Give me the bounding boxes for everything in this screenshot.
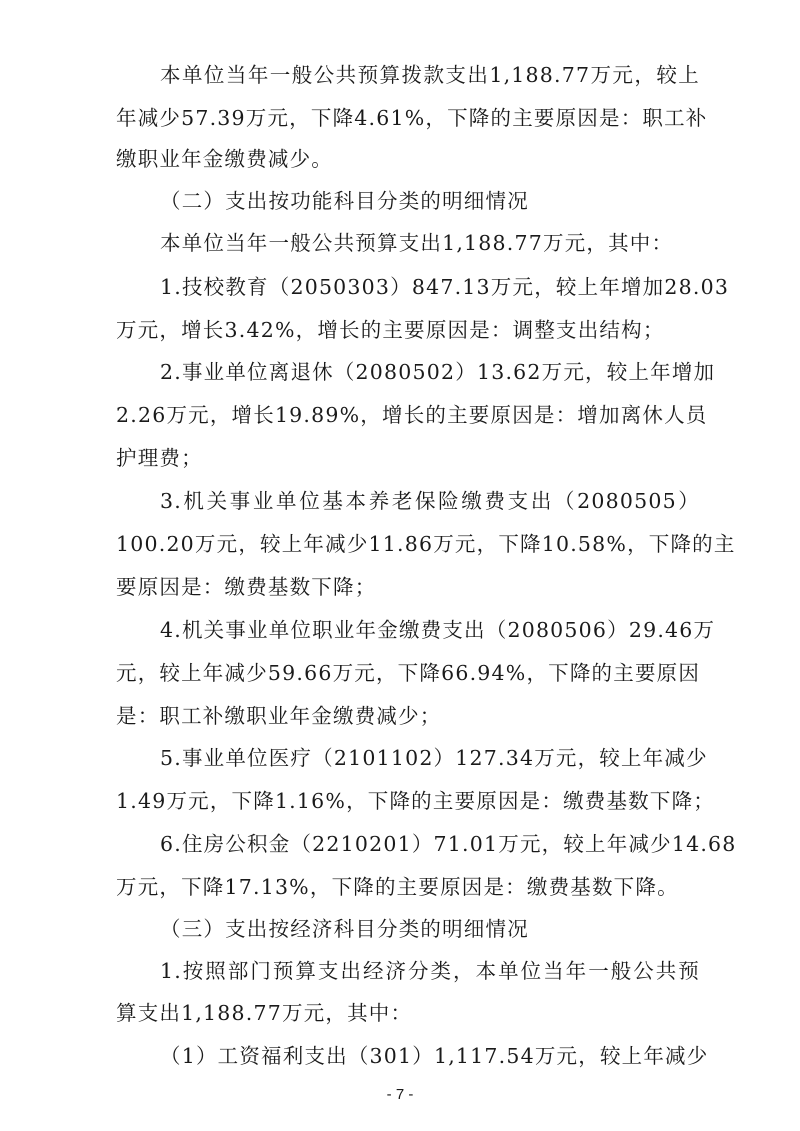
text-line: 1.49万元，下降1.16%，下降的主要原因是：缴费基数下降； bbox=[116, 786, 700, 816]
text-line: 1.按照部门预算支出经济分类，本单位当年一般公共预 bbox=[160, 956, 700, 986]
text-line: 算支出1,188.77万元，其中： bbox=[116, 998, 700, 1028]
text-line: 本单位当年一般公共预算支出1,188.77万元，其中： bbox=[160, 228, 744, 258]
text-line: 万元，增长3.42%，增长的主要原因是：调整支出结构； bbox=[116, 315, 700, 345]
text-line: （三）支出按经济科目分类的明细情况 bbox=[160, 914, 744, 944]
text-line: 本单位当年一般公共预算拨款支出1,188.77万元，较上 bbox=[160, 60, 700, 90]
text-line: （二）支出按功能科目分类的明细情况 bbox=[160, 186, 744, 216]
document-page: 本单位当年一般公共预算拨款支出1,188.77万元，较上年减少57.39万元，下… bbox=[0, 0, 800, 1131]
text-line: 元，较上年减少59.66万元，下降66.94%，下降的主要原因 bbox=[116, 658, 700, 688]
text-line: 6.住房公积金（2210201）71.01万元，较上年减少14.68 bbox=[160, 829, 700, 859]
text-line: 3.机关事业单位基本养老保险缴费支出（2080505） bbox=[160, 486, 700, 516]
text-line: 1.技校教育（2050303）847.13万元，较上年增加28.03 bbox=[160, 272, 700, 302]
text-line: 5.事业单位医疗（2101102）127.34万元，较上年减少 bbox=[160, 743, 700, 773]
text-line: 2.26万元，增长19.89%，增长的主要原因是：增加离休人员 bbox=[116, 400, 700, 430]
text-line: 年减少57.39万元，下降4.61%，下降的主要原因是：职工补 bbox=[116, 103, 700, 133]
text-line: 4.机关事业单位职业年金缴费支出（2080506）29.46万 bbox=[160, 615, 700, 645]
text-line: 护理费； bbox=[116, 443, 700, 473]
text-line: 万元，下降17.13%，下降的主要原因是：缴费基数下降。 bbox=[116, 872, 700, 902]
text-line: （1）工资福利支出（301）1,117.54万元，较上年减少 bbox=[160, 1041, 700, 1071]
text-line: 要原因是：缴费基数下降； bbox=[116, 572, 700, 602]
text-line: 缴职业年金缴费减少。 bbox=[116, 144, 700, 174]
text-line: 2.事业单位离退休（2080502）13.62万元，较上年增加 bbox=[160, 357, 700, 387]
text-line: 100.20万元，较上年减少11.86万元，下降10.58%，下降的主 bbox=[116, 529, 700, 559]
page-number: - 7 - bbox=[0, 1086, 800, 1103]
text-line: 是：职工补缴职业年金缴费减少； bbox=[116, 701, 700, 731]
